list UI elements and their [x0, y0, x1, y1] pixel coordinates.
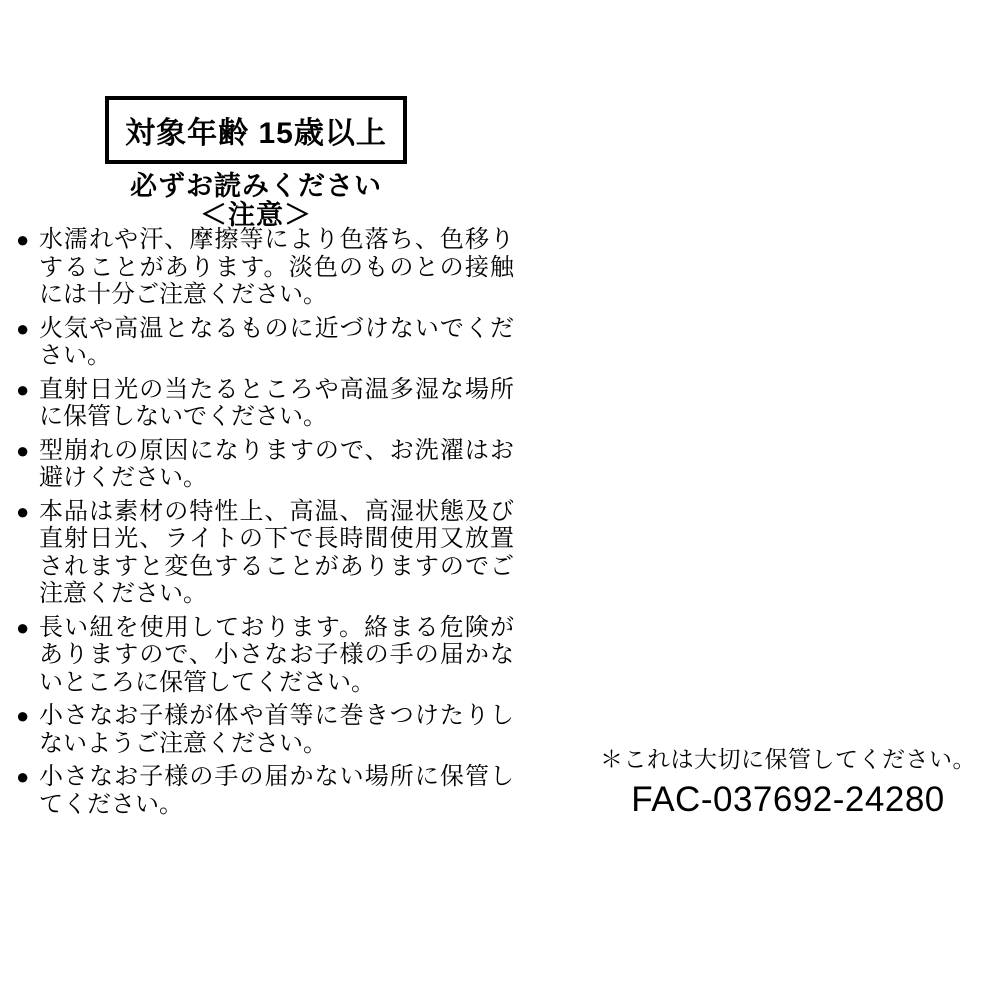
bullet-icon: ● [16, 763, 29, 791]
warning-list: ● 水濡れや汗、摩擦等により色落ち、色移りすることがあります。淡色のものとの接触… [16, 226, 514, 824]
bullet-icon: ● [16, 315, 29, 343]
warning-item: ● 小さなお子様が体や首等に巻きつけたりしないようご注意ください。 [16, 702, 514, 757]
warning-item: ● 直射日光の当たるところや高温多湿な場所に保管しないでください。 [16, 376, 514, 431]
warning-label-sheet: 対象年齢 15歳以上 必ずお読みください ＜注意＞ ● 水濡れや汗、摩擦等により… [0, 0, 1000, 1000]
warning-text: 型崩れの原因になりますので、お洗濯はお避けください。 [39, 437, 514, 492]
age-restriction-box: 対象年齢 15歳以上 [105, 96, 407, 164]
bullet-icon: ● [16, 226, 29, 254]
bullet-icon: ● [16, 376, 29, 404]
product-code: FAC-037692-24280 [600, 781, 976, 819]
warning-item: ● 小さなお子様の手の届かない場所に保管してください。 [16, 763, 514, 818]
bullet-icon: ● [16, 702, 29, 730]
bullet-icon: ● [16, 614, 29, 642]
warning-item: ● 水濡れや汗、摩擦等により色落ち、色移りすることがあります。淡色のものとの接触… [16, 226, 514, 309]
footer-section: ＊これは大切に保管してください。 FAC-037692-24280 [600, 745, 976, 819]
warning-item: ● 長い紐を使用しております。絡まる危険がありますので、小さなお子様の手の届かな… [16, 614, 514, 697]
warning-text: 火気や高温となるものに近づけないでください。 [39, 315, 514, 370]
warning-text: 小さなお子様が体や首等に巻きつけたりしないようご注意ください。 [39, 702, 514, 757]
warning-text: 長い紐を使用しております。絡まる危険がありますので、小さなお子様の手の届かないと… [39, 614, 514, 696]
warning-item: ● 型崩れの原因になりますので、お洗濯はお避けください。 [16, 437, 514, 492]
age-restriction-text: 対象年齢 15歳以上 [125, 117, 387, 150]
warning-item: ● 火気や高温となるものに近づけないでください。 [16, 315, 514, 370]
header-section: 対象年齢 15歳以上 必ずお読みください ＜注意＞ [4, 96, 508, 230]
warning-text: 本品は素材の特性上、高温、高湿状態及び直射日光、ライトの下で長時間使用又放置され… [39, 498, 514, 608]
bullet-icon: ● [16, 498, 29, 526]
warning-text: 直射日光の当たるところや高温多湿な場所に保管しないでください。 [39, 376, 514, 431]
warning-text: 小さなお子様の手の届かない場所に保管してください。 [39, 763, 514, 818]
bullet-icon: ● [16, 437, 29, 465]
read-heading: 必ずお読みください [4, 172, 508, 201]
keep-note: ＊これは大切に保管してください。 [600, 745, 976, 773]
warning-text: 水濡れや汗、摩擦等により色落ち、色移りすることがあります。淡色のものとの接触には… [39, 226, 514, 308]
warning-item: ● 本品は素材の特性上、高温、高湿状態及び直射日光、ライトの下で長時間使用又放置… [16, 498, 514, 608]
